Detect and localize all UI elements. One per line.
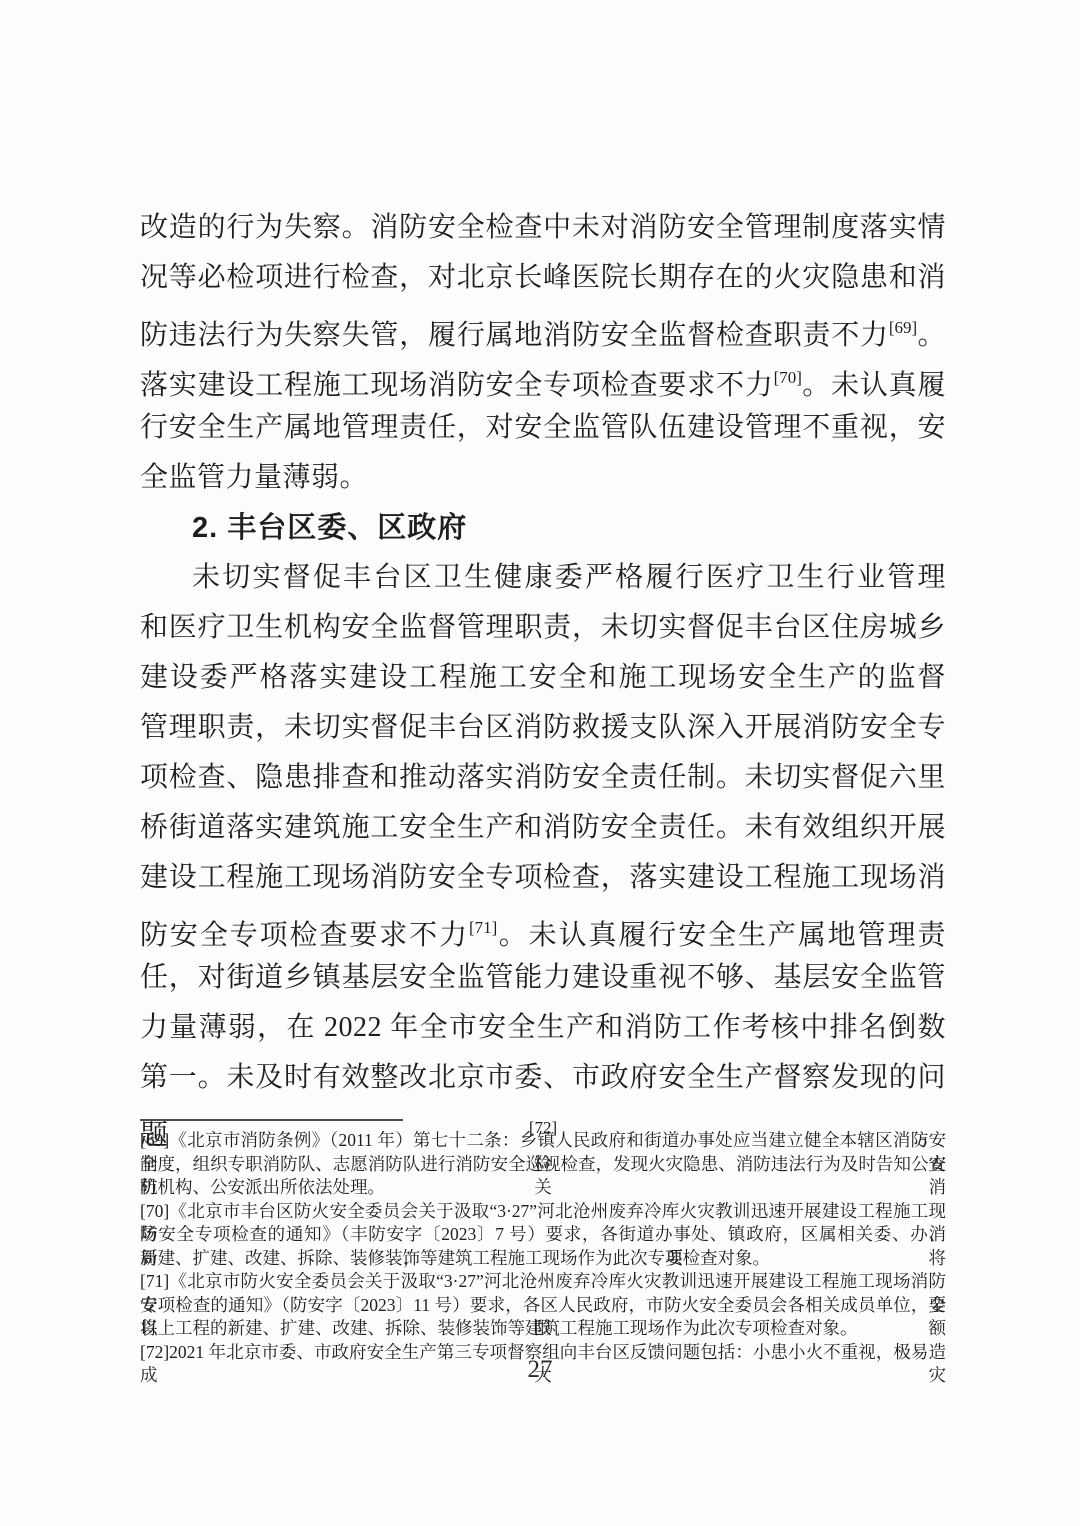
document-page: 改造的行为失察。消防安全检查中未对消防安全管理制度落实情 况等必检项进行检查，对… <box>0 0 1080 1526</box>
page-number: 27 <box>0 1356 1080 1384</box>
body-line: 改造的行为失察。消防安全检查中未对消防安全管理制度落实情 <box>140 203 946 253</box>
body-line-text: 防违法行为失察失管，履行属地消防安全监督检查职责不力 <box>140 320 889 351</box>
body-line: 未切实督促丰台区卫生健康委严格履行医疗卫生行业管理 <box>140 553 946 603</box>
footnote-ref-71: [71] <box>469 918 497 937</box>
footnote-ref-70: [70] <box>774 368 802 387</box>
body-line: 项检查、隐患排查和推动落实消防安全责任制。未切实督促六里 <box>140 753 946 803</box>
footnote-line: 专项检查的通知》（防安字〔2023〕11 号）要求，各区人民政府，市防火安全委员… <box>140 1294 946 1318</box>
body-line-text: 管理职责，未切实督促丰台区消防救援支队深入开展消防安全专 <box>140 712 946 743</box>
footnotes: [69]《北京市消防条例》（2011 年）第七十二条：乡镇人民政府和街道办事处应… <box>140 1129 946 1364</box>
body-line-text: 。未认真履 <box>802 370 946 401</box>
body-line-text: 未切实督促丰台区卫生健康委严格履行医疗卫生行业管理 <box>192 562 946 593</box>
body-line-text: 落实建设工程施工现场消防安全专项检查要求不力 <box>140 370 774 401</box>
body-line-text: 。 <box>917 320 946 351</box>
body-line-text: 任，对街道乡镇基层安全监管能力建设重视不够、基层安全监管 <box>140 962 946 993</box>
body-line-text: 。未认真履行安全生产属地管理责 <box>497 920 946 951</box>
body-line: 和医疗卫生机构安全监督管理职责，未切实督促丰台区住房城乡 <box>140 603 946 653</box>
footnote-line: 防安全专项检查的通知》（丰防安字〔2023〕7 号）要求，各街道办事处、镇政府，… <box>140 1223 946 1247</box>
footnote-line: 制度，组织专职消防队、志愿消防队进行消防安全巡视检查，发现火灾隐患、消防违法行为… <box>140 1153 946 1177</box>
footnote-line: 以上工程的新建、扩建、改建、拆除、装修装饰等建筑工程施工现场作为此次专项检查对象… <box>140 1317 946 1341</box>
section-heading: 2. 丰台区委、区政府 <box>140 503 946 553</box>
body-line-text: 建设工程施工现场消防安全专项检查，落实建设工程施工现场消 <box>140 862 946 893</box>
body-line: 况等必检项进行检查，对北京长峰医院长期存在的火灾隐患和消 <box>140 253 946 303</box>
body-line: 建设工程施工现场消防安全专项检查，落实建设工程施工现场消 <box>140 853 946 903</box>
body-line: 防安全专项检查要求不力[71]。未认真履行安全生产属地管理责 <box>140 903 946 953</box>
body-line: 第一。未及时有效整改北京市委、市政府安全生产督察发现的问题[72]。 <box>140 1053 946 1103</box>
body-line: 全监管力量薄弱。 <box>140 453 946 503</box>
body-line-text: 力量薄弱，在 2022 年全市安全生产和消防工作考核中排名倒数 <box>140 1012 946 1043</box>
body-line: 力量薄弱，在 2022 年全市安全生产和消防工作考核中排名倒数 <box>140 1003 946 1053</box>
footnote-separator <box>140 1119 403 1121</box>
body-line: 桥街道落实建筑施工安全生产和消防安全责任。未有效组织开展 <box>140 803 946 853</box>
footnote-line: [70]《北京市丰台区防火安全委员会关于汲取“3·27”河北沧州废弃冷库火灾教训… <box>140 1200 946 1224</box>
body-line-text: 和医疗卫生机构安全监督管理职责，未切实督促丰台区住房城乡 <box>140 612 946 643</box>
body-line: 落实建设工程施工现场消防安全专项检查要求不力[70]。未认真履 <box>140 353 946 403</box>
footnote-ref-69: [69] <box>889 318 917 337</box>
body-line-text: 行安全生产属地管理责任，对安全监管队伍建设管理不重视，安 <box>140 412 946 443</box>
body-line-text: 改造的行为失察。消防安全检查中未对消防安全管理制度落实情 <box>140 212 946 243</box>
body-line-text: 项检查、隐患排查和推动落实消防安全责任制。未切实督促六里 <box>140 762 946 793</box>
footnote-line: [69]《北京市消防条例》（2011 年）第七十二条：乡镇人民政府和街道办事处应… <box>140 1129 946 1153</box>
footnote-line: [71]《北京市防火安全委员会关于汲取“3·27”河北沧州废弃冷库火灾教训迅速开… <box>140 1270 946 1294</box>
body-line: 行安全生产属地管理责任，对安全监管队伍建设管理不重视，安 <box>140 403 946 453</box>
body-line-text: 况等必检项进行检查，对北京长峰医院长期存在的火灾隐患和消 <box>140 262 946 293</box>
body-line-text: 全监管力量薄弱。 <box>140 462 368 493</box>
body-line-text: 桥街道落实建筑施工安全生产和消防安全责任。未有效组织开展 <box>140 812 946 843</box>
body-line: 任，对街道乡镇基层安全监管能力建设重视不够、基层安全监管 <box>140 953 946 1003</box>
body-line-text: 建设委严格落实建设工程施工安全和施工现场安全生产的监督 <box>140 662 946 693</box>
body-line-text: 防安全专项检查要求不力 <box>140 920 469 951</box>
body-line: 防违法行为失察失管，履行属地消防安全监督检查职责不力[69]。 <box>140 303 946 353</box>
body-text: 改造的行为失察。消防安全检查中未对消防安全管理制度落实情 况等必检项进行检查，对… <box>140 203 946 1103</box>
body-line: 管理职责，未切实督促丰台区消防救援支队深入开展消防安全专 <box>140 703 946 753</box>
body-line: 建设委严格落实建设工程施工安全和施工现场安全生产的监督 <box>140 653 946 703</box>
